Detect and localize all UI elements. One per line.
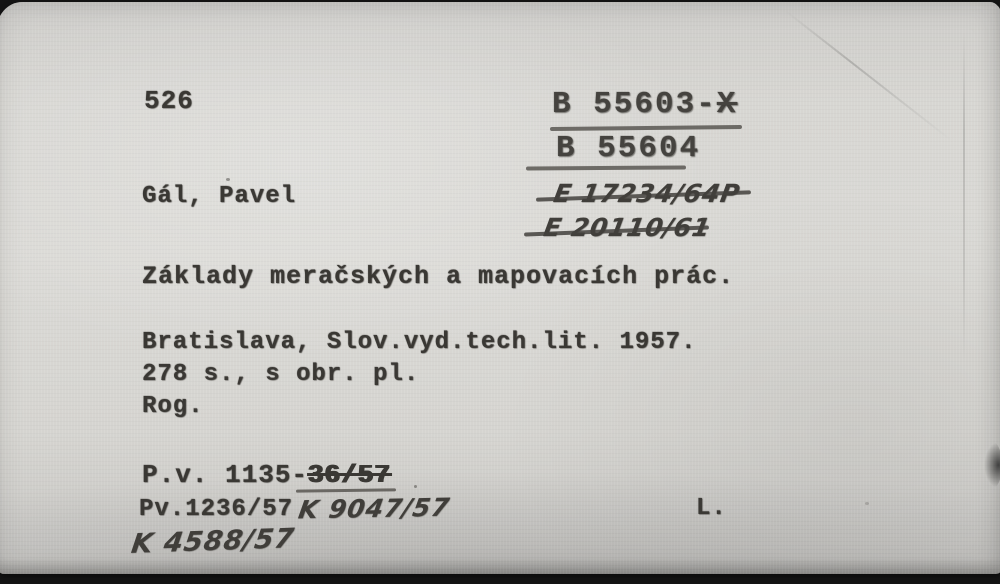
cataloguer-note: Rog. (142, 393, 204, 420)
ink-smudge-right-edge (984, 442, 1000, 488)
collation-statement: 278 s., s obr. pl. (142, 361, 419, 388)
paper-speck (865, 502, 869, 505)
underline-call-number-new (526, 165, 686, 170)
paper-speck (226, 178, 230, 181)
accession-pv-old-prefix: P.v. 1135- (142, 460, 308, 490)
call-number-old-crossed-suffix: X (717, 87, 738, 122)
accession-pv-old-crossed: 36/57 (308, 460, 391, 490)
title-statement: Základy meračských a mapovacích prác. (142, 262, 734, 291)
cancelled-accession-2: E 20110/61 (541, 213, 713, 242)
paper-speck (414, 485, 417, 488)
catalog-card: 526 B 55603-X B 55604 Gál, Pavel E 17234… (0, 2, 1000, 574)
accession-pv-old: P.v. 1135-36/57 (142, 460, 391, 490)
classification-number: 526 (144, 86, 194, 116)
call-number-new: B 55604 (556, 131, 700, 166)
paper-crease-top-right (785, 10, 952, 141)
cataloguer-initial: L. (696, 495, 727, 522)
imprint-statement: Bratislava, Slov.vyd.tech.lit. 1957. (142, 329, 696, 356)
call-number-old: B 55603-X (552, 87, 737, 122)
accession-k-number-right: K 9047/57 (296, 493, 452, 525)
call-number-old-prefix: B 55603- (552, 87, 717, 122)
accession-k-number-bottom: K 4588/57 (129, 523, 296, 560)
paper-crease-right-edge (963, 32, 965, 362)
accession-pv-new: Pv.1236/57 (139, 496, 293, 523)
author-heading: Gál, Pavel (142, 183, 296, 210)
cancelled-accession-1: E 17234/64P (551, 179, 742, 208)
